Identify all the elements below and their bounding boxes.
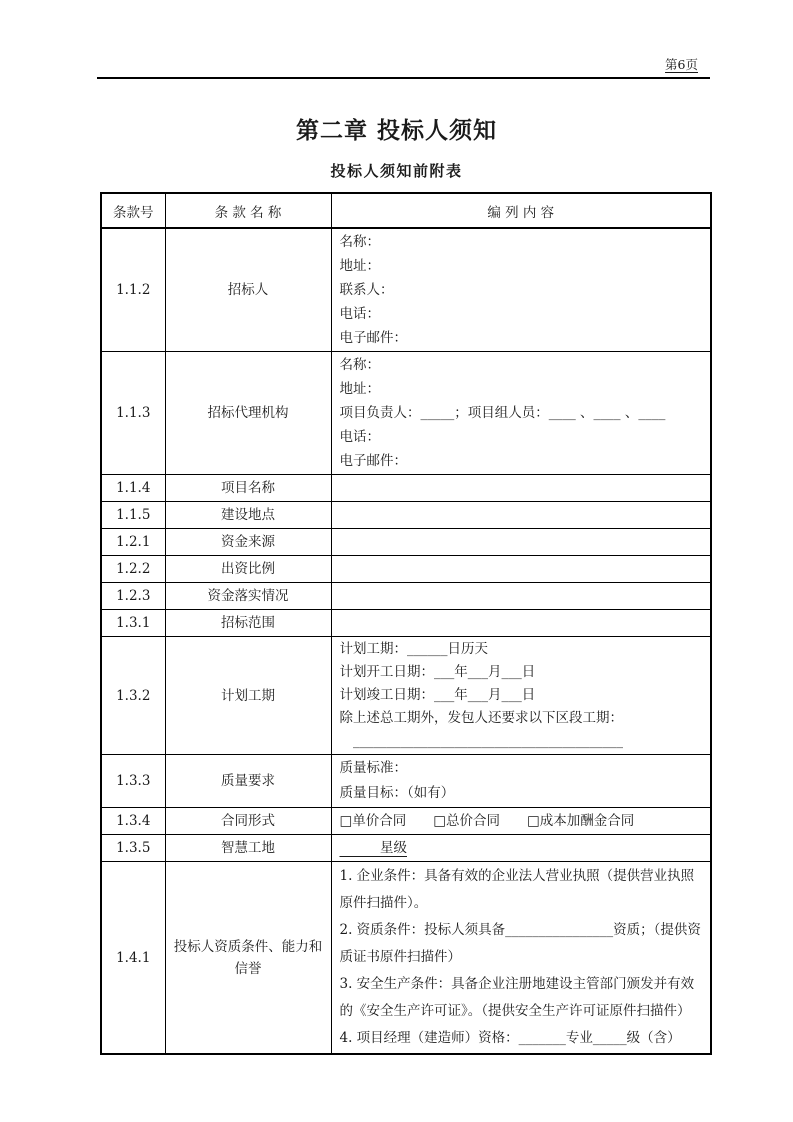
header-clause-no: 条款号 [101,193,165,228]
header-clause-content: 编 列 内 容 [331,193,711,228]
table-row: 1.1.4 项目名称 [101,475,711,502]
clause-content: □单价合同 □总价合同 □成本加酬金合同 [331,808,711,835]
bidder-notice-table-wrap: 条款号 条 款 名 称 编 列 内 容 1.1.2 招标人 名称：地址：联系人：… [100,192,710,1055]
table-row: 1.2.1 资金来源 [101,529,711,556]
clause-name: 资金落实情况 [165,583,331,610]
clause-name: 招标人 [165,228,331,352]
clause-no: 1.3.4 [101,808,165,835]
table-subtitle: 投标人须知前附表 [0,160,793,181]
table-row: 1.3.5 智慧工地 星级 [101,835,711,862]
clause-no: 1.4.1 [101,862,165,1055]
clause-content: 质量标准：质量目标：（如有） [331,755,711,808]
clause-name: 资金来源 [165,529,331,556]
clause-name: 项目名称 [165,475,331,502]
table-row: 1.3.1 招标范围 [101,610,711,637]
clause-no: 1.3.5 [101,835,165,862]
clause-name: 智慧工地 [165,835,331,862]
clause-no: 1.1.3 [101,352,165,475]
clause-no: 1.2.1 [101,529,165,556]
clause-no: 1.3.1 [101,610,165,637]
clause-name: 计划工期 [165,637,331,755]
clause-content [331,502,711,529]
clause-content [331,475,711,502]
clause-name: 建设地点 [165,502,331,529]
clause-content: 星级 [331,835,711,862]
clause-content: 名称：地址：项目负责人：_____；项目组人员：____ 、____ 、____… [331,352,711,475]
table-row: 1.4.1 投标人资质条件、能力和信誉 1. 企业条件：具备有效的企业法人营业执… [101,862,711,1055]
chapter-title: 第二章 投标人须知 [0,112,793,145]
clause-name: 招标范围 [165,610,331,637]
clause-name: 招标代理机构 [165,352,331,475]
clause-no: 1.1.5 [101,502,165,529]
clause-content [331,583,711,610]
table-row: 1.2.3 资金落实情况 [101,583,711,610]
clause-content: 1. 企业条件：具备有效的企业法人营业执照（提供营业执照原件扫描件）。2. 资质… [331,862,711,1055]
clause-no: 1.2.2 [101,556,165,583]
table-row: 1.3.4 合同形式 □单价合同 □总价合同 □成本加酬金合同 [101,808,711,835]
clause-content [331,610,711,637]
clause-name: 出资比例 [165,556,331,583]
clause-no: 1.3.3 [101,755,165,808]
table-row: 1.1.5 建设地点 [101,502,711,529]
table-row: 1.3.2 计划工期 计划工期：______日历天计划开工日期：___年___月… [101,637,711,755]
clause-content [331,529,711,556]
header-divider [97,77,710,79]
bidder-notice-table: 条款号 条 款 名 称 编 列 内 容 1.1.2 招标人 名称：地址：联系人：… [100,192,712,1055]
clause-no: 1.1.2 [101,228,165,352]
clause-content: 名称：地址：联系人：电话：电子邮件： [331,228,711,352]
clause-no: 1.1.4 [101,475,165,502]
page-number: 第6页 [665,55,698,73]
clause-name: 投标人资质条件、能力和信誉 [165,862,331,1055]
clause-content: 计划工期：______日历天计划开工日期：___年___月___日计划竣工日期：… [331,637,711,755]
table-row: 1.2.2 出资比例 [101,556,711,583]
clause-name: 质量要求 [165,755,331,808]
table-row: 1.1.2 招标人 名称：地址：联系人：电话：电子邮件： [101,228,711,352]
clause-name: 合同形式 [165,808,331,835]
clause-content [331,556,711,583]
header-clause-name: 条 款 名 称 [165,193,331,228]
table-header-row: 条款号 条 款 名 称 编 列 内 容 [101,193,711,228]
clause-no: 1.2.3 [101,583,165,610]
document-page: 第6页 第二章 投标人须知 投标人须知前附表 条款号 条 款 名 称 编 列 内… [0,0,793,1122]
table-row: 1.3.3 质量要求 质量标准：质量目标：（如有） [101,755,711,808]
clause-no: 1.3.2 [101,637,165,755]
table-row: 1.1.3 招标代理机构 名称：地址：项目负责人：_____；项目组人员：___… [101,352,711,475]
